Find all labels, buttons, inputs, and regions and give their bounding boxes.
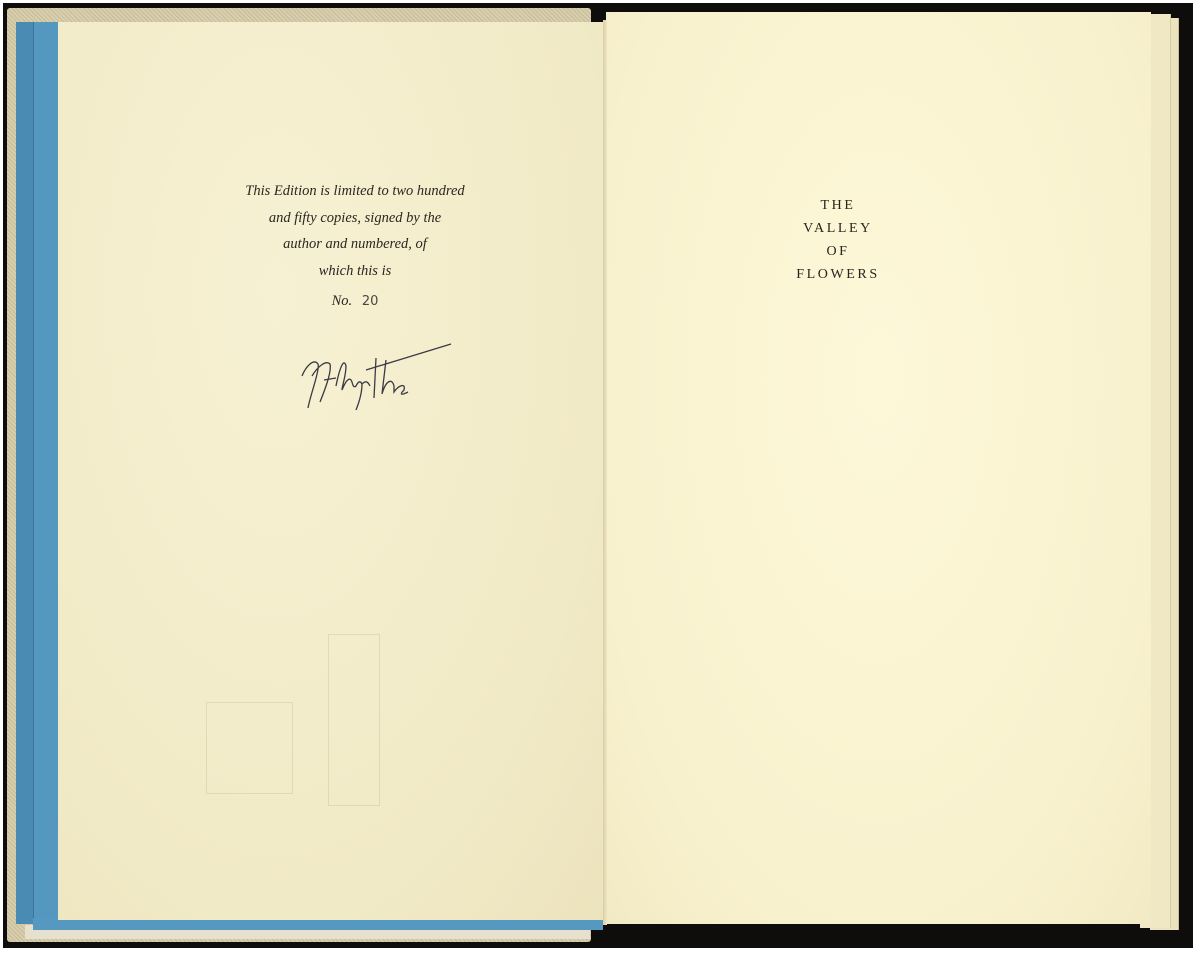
left-page (58, 22, 606, 920)
title-line: FLOWERS (758, 263, 918, 286)
limitation-statement: This Edition is limited to two hundred a… (210, 178, 500, 316)
title-line: VALLEY (758, 217, 918, 240)
ghost-stamp (328, 634, 380, 806)
title-line: THE (758, 194, 918, 217)
limitation-line: which this is (210, 258, 500, 285)
gutter (603, 20, 607, 925)
limitation-line: and fifty copies, signed by the (210, 205, 500, 232)
copy-number-label: No. (332, 293, 353, 309)
book-scan: This Edition is limited to two hundred a… (0, 0, 1200, 953)
book-title: THE VALLEY OF FLOWERS (758, 194, 918, 286)
author-signature-icon (296, 336, 456, 416)
limitation-line: This Edition is limited to two hundred (210, 178, 500, 205)
title-line: OF (758, 240, 918, 263)
limitation-line: author and numbered, of (210, 231, 500, 258)
ghost-stamp (206, 702, 293, 794)
copy-number: No. 20 (210, 288, 500, 316)
copy-number-value: 20 (362, 294, 379, 309)
right-page (606, 12, 1151, 924)
